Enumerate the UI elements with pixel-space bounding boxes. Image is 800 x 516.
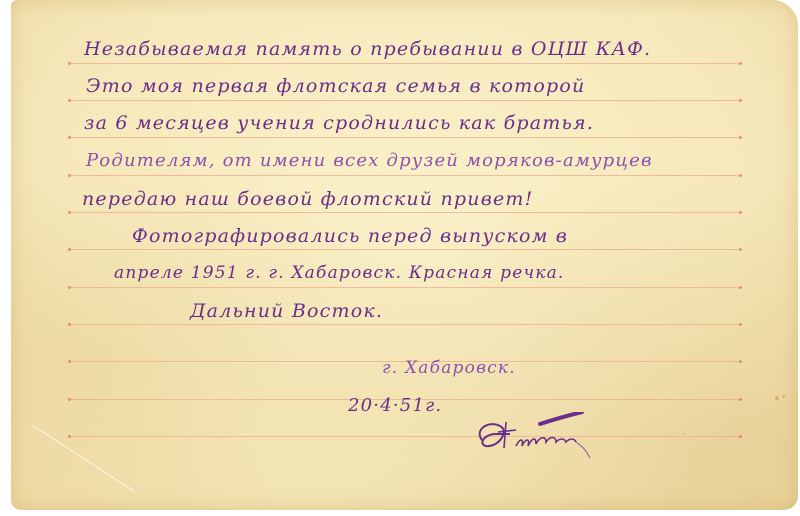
ruled-line xyxy=(70,63,740,64)
ruled-line xyxy=(70,137,740,138)
handwritten-line-2: Это моя первая флотская семья в которой xyxy=(86,77,585,96)
ruled-line xyxy=(70,249,740,250)
age-spot xyxy=(683,433,685,435)
ruled-line xyxy=(70,324,740,325)
ruled-line xyxy=(70,175,740,176)
ruled-line xyxy=(70,287,740,288)
handwritten-line-4: Родителям, от имени всех друзей моряков-… xyxy=(86,152,653,170)
handwritten-line-8: Дальний Восток. xyxy=(190,302,383,321)
age-spot xyxy=(775,396,779,400)
age-spot xyxy=(782,395,785,398)
ruled-line xyxy=(70,100,740,101)
handwritten-line-3: за 6 месяцев учения сроднились как брать… xyxy=(84,114,594,133)
handwritten-line-6: Фотографировались перед выпуском в xyxy=(132,227,568,246)
handwritten-line-5: передаю наш боевой флотский привет! xyxy=(82,190,533,209)
place-line: г. Хабаровск. xyxy=(382,360,516,377)
ruled-line xyxy=(70,436,740,437)
handwritten-line-1: Незабываемая память о пребывании в ОЦШ К… xyxy=(84,40,651,59)
paper-crease xyxy=(32,425,133,491)
signature-icon xyxy=(470,412,610,462)
date-line: 20·4·51г. xyxy=(348,397,442,415)
handwritten-line-7: апреле 1951 г. г. Хабаровск. Красная реч… xyxy=(114,265,565,282)
ruled-line xyxy=(70,212,740,213)
